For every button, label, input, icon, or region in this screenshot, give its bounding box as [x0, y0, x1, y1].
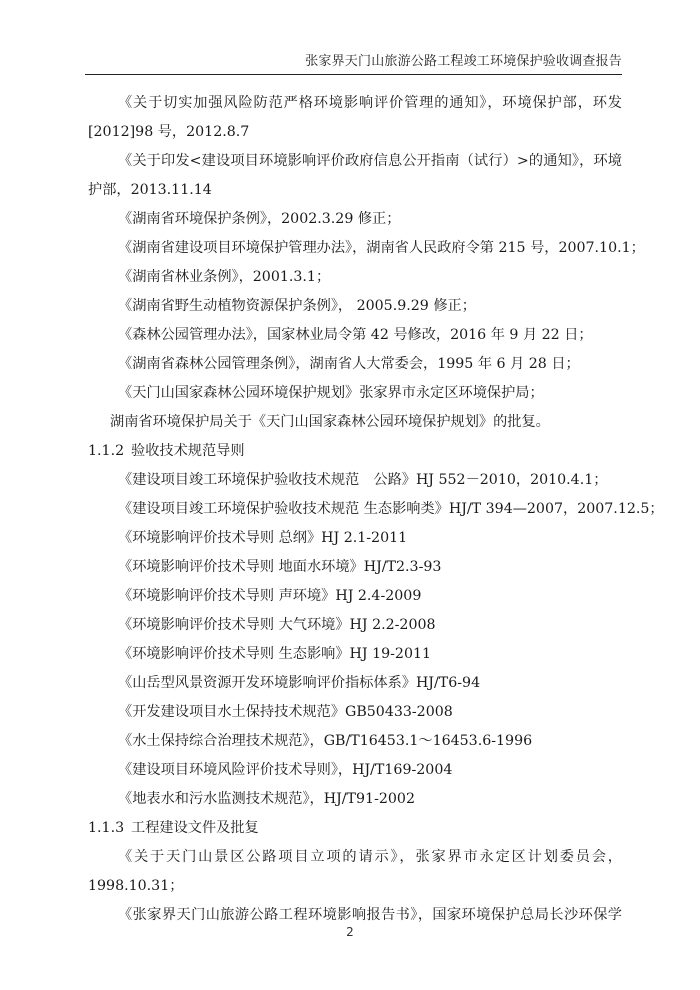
body-text: 《关于切实加强风险防范严格环境影响评价管理的通知》，环境保护部，环发 [2012… — [88, 89, 622, 930]
section-title: 工程建设文件及批复 — [131, 814, 259, 843]
regulation-entry: 《湖南省野生动植物资源保护条例》， 2005.9.29 修正； — [88, 292, 622, 321]
project-document-line: 《关于天门山景区公路项目立项的请示》，张家界市永定区计划委员会， — [88, 843, 622, 872]
standard-entry: 《环境影响评价技术导则 声环境》HJ 2.4-2009 — [88, 582, 622, 611]
document-page: 张家界天门山旅游公路工程竣工环境保护验收调查报告 《关于切实加强风险防范严格环境… — [0, 0, 700, 990]
section-title: 验收技术规范导则 — [131, 437, 245, 466]
approval-entry: 湖南省环境保护局关于《天门山国家森林公园环境保护规划》的批复。 — [88, 408, 622, 437]
regulation-entry: 《湖南省环境保护条例》，2002.3.29 修正； — [88, 205, 622, 234]
section-number: 1.1.3 — [88, 814, 131, 843]
standard-entry: 《建设项目竣工环境保护验收技术规范 生态影响类》HJ/T 394—2007，20… — [88, 495, 622, 524]
section-heading-1-1-3: 1.1.3 工程建设文件及批复 — [88, 814, 622, 843]
regulation-entry-line: [2012]98 号，2012.8.7 — [88, 118, 622, 147]
section-number: 1.1.2 — [88, 437, 131, 466]
standard-entry: 《建设项目环境风险评价技术导则》，HJ/T169-2004 — [88, 756, 622, 785]
standard-entry: 《环境影响评价技术导则 总纲》HJ 2.1-2011 — [88, 524, 622, 553]
standard-entry: 《开发建设项目水土保持技术规范》GB50433-2008 — [88, 698, 622, 727]
regulation-entry: 《湖南省建设项目环境保护管理办法》，湖南省人民政府令第 215 号，2007.1… — [88, 234, 622, 263]
project-document-line: 1998.10.31； — [88, 872, 622, 901]
standard-entry: 《建设项目竣工环境保护验收技术规范 公路》HJ 552－2010，2010.4.… — [88, 466, 622, 495]
section-heading-1-1-2: 1.1.2 验收技术规范导则 — [88, 437, 622, 466]
regulation-entry-line: 《关于印发<建设项目环境影响评价政府信息公开指南（试行）>的通知》，环境保 — [88, 147, 622, 176]
standard-entry: 《环境影响评价技术导则 生态影响》HJ 19-2011 — [88, 640, 622, 669]
standard-entry: 《环境影响评价技术导则 地面水环境》HJ/T2.3-93 — [88, 553, 622, 582]
running-header: 张家界天门山旅游公路工程竣工环境保护验收调查报告 — [85, 52, 622, 75]
regulation-entry-line: 护部，2013.11.14 — [88, 176, 622, 205]
page-number: 2 — [0, 925, 700, 939]
regulation-entry: 《湖南省林业条例》，2001.3.1； — [88, 263, 622, 292]
standard-entry: 《地表水和污水监测技术规范》，HJ/T91-2002 — [88, 785, 622, 814]
regulation-entry: 《天门山国家森林公园环境保护规划》张家界市永定区环境保护局； — [88, 379, 622, 408]
standard-entry: 《山岳型风景资源开发环境影响评价指标体系》HJ/T6-94 — [88, 669, 622, 698]
regulation-entry: 《森林公园管理办法》，国家林业局令第 42 号修改，2016 年 9 月 22 … — [88, 321, 622, 350]
standard-entry: 《环境影响评价技术导则 大气环境》HJ 2.2-2008 — [88, 611, 622, 640]
regulation-entry: 《湖南省森林公园管理条例》，湖南省人大常委会，1995 年 6 月 28 日； — [88, 350, 622, 379]
regulation-entry-line: 《关于切实加强风险防范严格环境影响评价管理的通知》，环境保护部，环发 — [88, 89, 622, 118]
standard-entry: 《水土保持综合治理技术规范》，GB/T16453.1～16453.6-1996 — [88, 727, 622, 756]
